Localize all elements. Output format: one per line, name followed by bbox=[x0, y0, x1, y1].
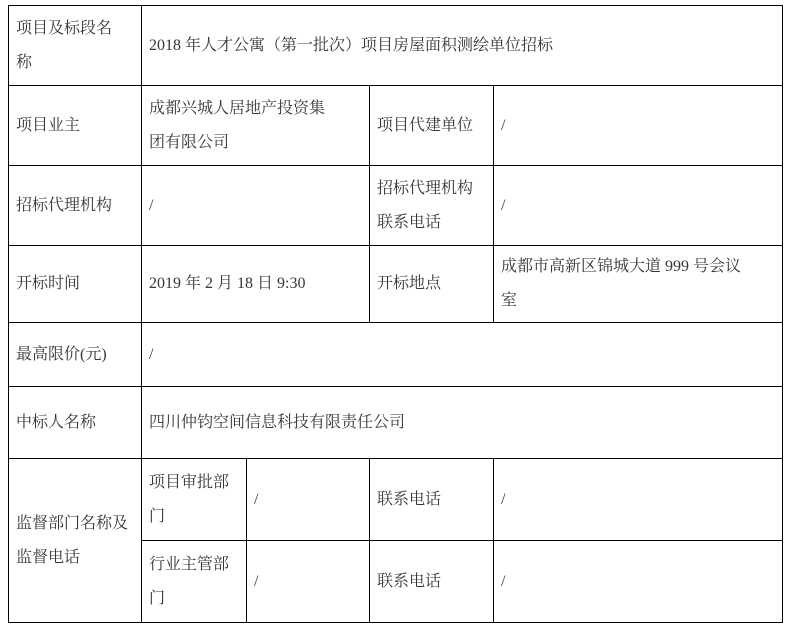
owner-label: 项目业主 bbox=[9, 86, 142, 166]
row-agency: 招标代理机构 / 招标代理机构 联系电话 / bbox=[9, 166, 783, 246]
opening-place-label: 开标地点 bbox=[370, 246, 494, 323]
opening-time-value: 2019 年 2 月 18 日 9:30 bbox=[142, 246, 370, 323]
agency-phone-label: 招标代理机构 联系电话 bbox=[370, 166, 494, 246]
approval-phone-value: / bbox=[494, 459, 783, 541]
row-opening: 开标时间 2019 年 2 月 18 日 9:30 开标地点 成都市高新区锦城大… bbox=[9, 246, 783, 323]
opening-time-label: 开标时间 bbox=[9, 246, 142, 323]
approval-dept-label: 项目审批部 门 bbox=[142, 459, 247, 541]
agency-phone-value: / bbox=[494, 166, 783, 246]
row-supervision-approval: 监督部门名称及 监督电话 项目审批部 门 / 联系电话 / bbox=[9, 459, 783, 541]
approval-phone-label: 联系电话 bbox=[370, 459, 494, 541]
project-name-label: 项目及标段名 称 bbox=[9, 6, 142, 86]
row-winner: 中标人名称 四川仲钧空间信息科技有限责任公司 bbox=[9, 387, 783, 459]
bid-info-table: 项目及标段名 称 2018 年人才公寓（第一批次）项目房屋面积测绘单位招标 项目… bbox=[8, 5, 783, 623]
agency-value: / bbox=[142, 166, 370, 246]
opening-place-value: 成都市高新区锦城大道 999 号会议 室 bbox=[494, 246, 783, 323]
price-limit-value: / bbox=[142, 323, 783, 387]
row-project-name: 项目及标段名 称 2018 年人才公寓（第一批次）项目房屋面积测绘单位招标 bbox=[9, 6, 783, 86]
agent-build-unit-label: 项目代建单位 bbox=[370, 86, 494, 166]
industry-dept-value: / bbox=[247, 541, 370, 623]
industry-dept-label: 行业主管部 门 bbox=[142, 541, 247, 623]
winner-label: 中标人名称 bbox=[9, 387, 142, 459]
row-owner: 项目业主 成都兴城人居地产投资集 团有限公司 项目代建单位 / bbox=[9, 86, 783, 166]
price-limit-label: 最高限价(元) bbox=[9, 323, 142, 387]
industry-phone-label: 联系电话 bbox=[370, 541, 494, 623]
supervision-label: 监督部门名称及 监督电话 bbox=[9, 459, 142, 623]
industry-phone-value: / bbox=[494, 541, 783, 623]
winner-value: 四川仲钧空间信息科技有限责任公司 bbox=[142, 387, 783, 459]
owner-value: 成都兴城人居地产投资集 团有限公司 bbox=[142, 86, 370, 166]
row-price-limit: 最高限价(元) / bbox=[9, 323, 783, 387]
approval-dept-value: / bbox=[247, 459, 370, 541]
agency-label: 招标代理机构 bbox=[9, 166, 142, 246]
project-name-value: 2018 年人才公寓（第一批次）项目房屋面积测绘单位招标 bbox=[142, 6, 783, 86]
agent-build-unit-value: / bbox=[494, 86, 783, 166]
